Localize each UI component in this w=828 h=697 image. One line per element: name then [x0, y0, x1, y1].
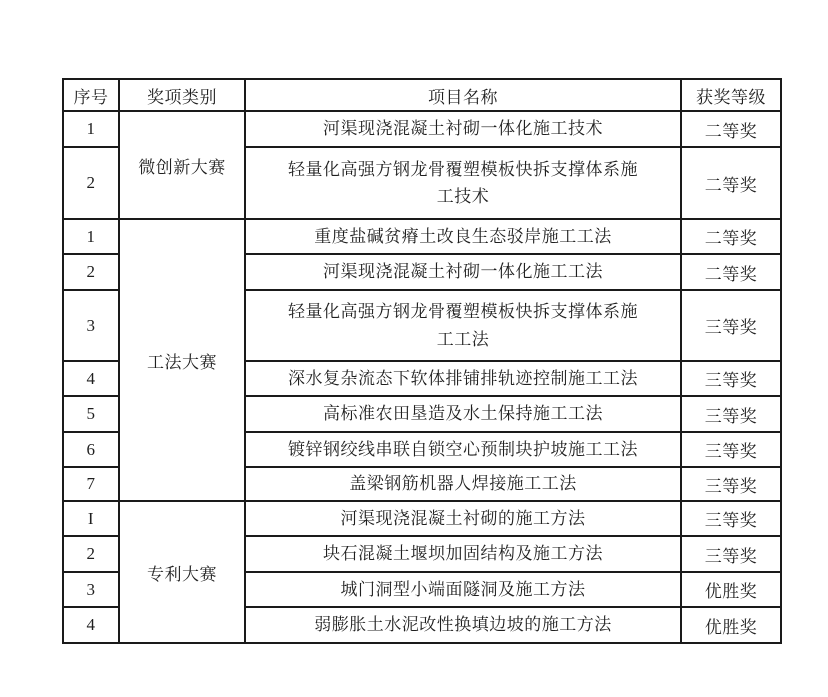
cell-category-patent: 专利大赛	[119, 501, 245, 643]
cell-no: 6	[63, 432, 119, 467]
cell-project: 河渠现浇混凝土衬砌的施工方法	[245, 501, 681, 536]
cell-award: 二等奖	[681, 254, 781, 290]
cell-no: 7	[63, 467, 119, 501]
cell-no: 1	[63, 111, 119, 147]
cell-award: 三等奖	[681, 501, 781, 536]
cell-category-micro-innovation: 微创新大赛	[119, 111, 245, 219]
cell-no: I	[63, 501, 119, 536]
cell-award: 三等奖	[681, 536, 781, 572]
cell-project: 城门洞型小端面隧洞及施工方法	[245, 572, 681, 607]
page: 序号 奖项类别 项目名称 获奖等级 1 微创新大赛 河渠现浇混凝土衬砌一体化施工…	[0, 0, 828, 697]
cell-project: 轻量化高强方钢龙骨覆塑模板快拆支撑体系施 工技术	[245, 147, 681, 219]
header-cell-category: 奖项类别	[119, 79, 245, 111]
table-row: 1 工法大赛 重度盐碱贫瘠土改良生态驳岸施工工法 二等奖	[63, 219, 781, 254]
table-row: 1 微创新大赛 河渠现浇混凝土衬砌一体化施工技术 二等奖	[63, 111, 781, 147]
header-cell-award: 获奖等级	[681, 79, 781, 111]
cell-no: 2	[63, 536, 119, 572]
header-cell-no: 序号	[63, 79, 119, 111]
cell-project: 盖梁钢筋机器人焊接施工工法	[245, 467, 681, 501]
cell-award: 三等奖	[681, 467, 781, 501]
cell-no: 3	[63, 290, 119, 361]
cell-no: 2	[63, 147, 119, 219]
table-row: I 专利大赛 河渠现浇混凝土衬砌的施工方法 三等奖	[63, 501, 781, 536]
cell-award: 三等奖	[681, 290, 781, 361]
cell-project: 河渠现浇混凝土衬砌一体化施工工法	[245, 254, 681, 290]
cell-no: 3	[63, 572, 119, 607]
cell-project: 弱膨胀土水泥改性换填边坡的施工方法	[245, 607, 681, 643]
cell-no: 5	[63, 396, 119, 432]
cell-project: 深水复杂流态下软体排铺排轨迹控制施工工法	[245, 361, 681, 396]
cell-award: 优胜奖	[681, 572, 781, 607]
cell-award: 优胜奖	[681, 607, 781, 643]
cell-award: 三等奖	[681, 361, 781, 396]
cell-no: 4	[63, 607, 119, 643]
cell-award: 三等奖	[681, 432, 781, 467]
cell-award: 二等奖	[681, 111, 781, 147]
cell-award: 三等奖	[681, 396, 781, 432]
cell-project: 河渠现浇混凝土衬砌一体化施工技术	[245, 111, 681, 147]
cell-project: 轻量化高强方钢龙骨覆塑模板快拆支撑体系施 工工法	[245, 290, 681, 361]
cell-no: 2	[63, 254, 119, 290]
cell-project: 块石混凝土堰坝加固结构及施工方法	[245, 536, 681, 572]
cell-award: 二等奖	[681, 219, 781, 254]
cell-category-construction-method: 工法大赛	[119, 219, 245, 501]
cell-project: 高标准农田垦造及水土保持施工工法	[245, 396, 681, 432]
cell-project: 重度盐碱贫瘠土改良生态驳岸施工工法	[245, 219, 681, 254]
cell-no: 4	[63, 361, 119, 396]
table-header-row: 序号 奖项类别 项目名称 获奖等级	[63, 79, 781, 111]
cell-project: 镀锌钢绞线串联自锁空心预制块护坡施工工法	[245, 432, 681, 467]
cell-no: 1	[63, 219, 119, 254]
awards-table: 序号 奖项类别 项目名称 获奖等级 1 微创新大赛 河渠现浇混凝土衬砌一体化施工…	[62, 78, 782, 644]
header-cell-project: 项目名称	[245, 79, 681, 111]
cell-award: 二等奖	[681, 147, 781, 219]
